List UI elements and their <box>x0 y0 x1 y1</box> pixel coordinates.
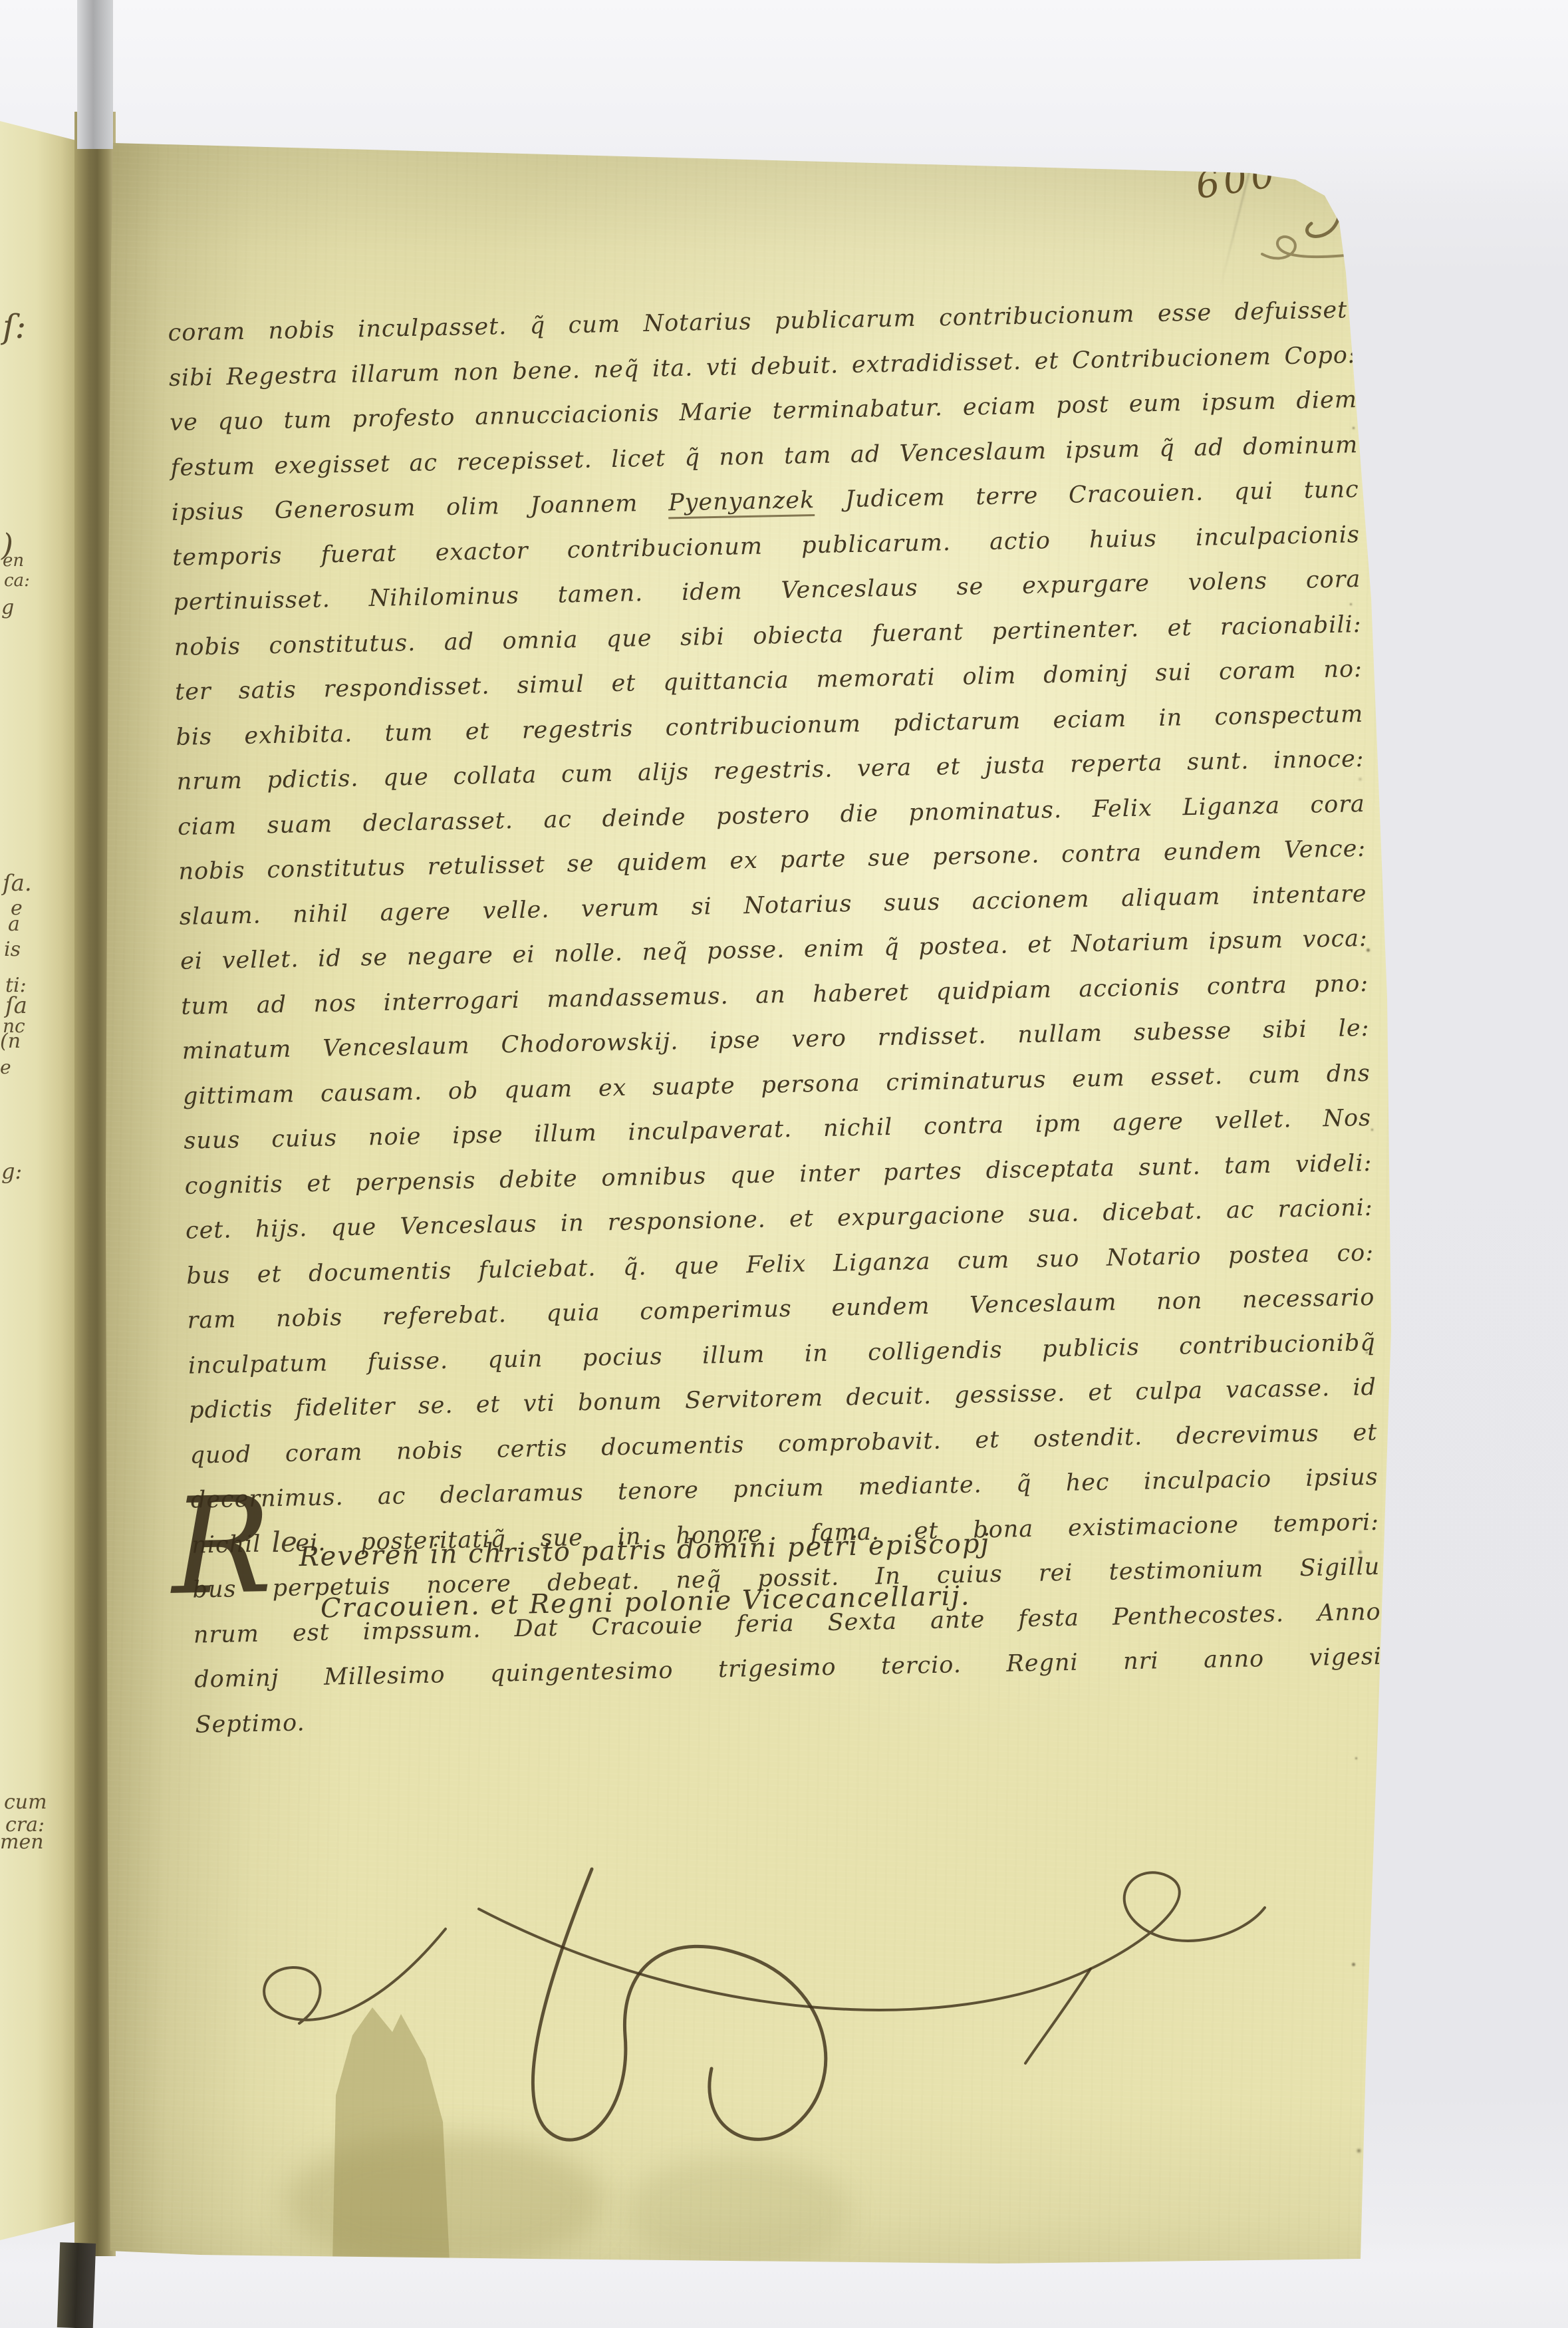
margin-fragment: ſa. <box>3 870 32 897</box>
margin-fragment: e <box>0 1056 11 1078</box>
manuscript-page: 600 coram nobis inculpasset. q̃ cum Nota… <box>0 0 1568 2328</box>
margin-fragment: g <box>1 596 14 619</box>
book-clamp <box>57 2242 96 2328</box>
stain <box>625 2155 851 2268</box>
margin-fragment: cum <box>4 1791 47 1814</box>
stain <box>286 2135 605 2268</box>
manuscript-photograph: ſ:)enca:gſa.eaisti:ſanc(neg:cumcra:men 6… <box>0 0 1568 2328</box>
facing-page-edge: ſ:)enca:gſa.eaisti:ſanc(neg:cumcra:men <box>0 118 81 2248</box>
docket: Reveren in christo patris domini petri e… <box>225 1517 1065 1637</box>
margin-fragment: a <box>8 913 20 936</box>
margin-fragment: en <box>3 551 24 571</box>
margin-fragment: (n <box>0 1030 21 1053</box>
margin-fragment: ca: <box>4 571 30 591</box>
margin-fragment: g: <box>1 1159 22 1184</box>
margin-fragment: is <box>4 938 21 961</box>
book-gutter-rod <box>77 0 113 149</box>
margin-fragment: men <box>0 1830 44 1854</box>
facing-page-text-fragments: ſ:)enca:gſa.eaisti:ſanc(neg:cumcra:men <box>0 0 81 2328</box>
margin-fragment: ſ: <box>3 307 26 346</box>
underlined-name: Pyenyanzek <box>668 487 815 519</box>
